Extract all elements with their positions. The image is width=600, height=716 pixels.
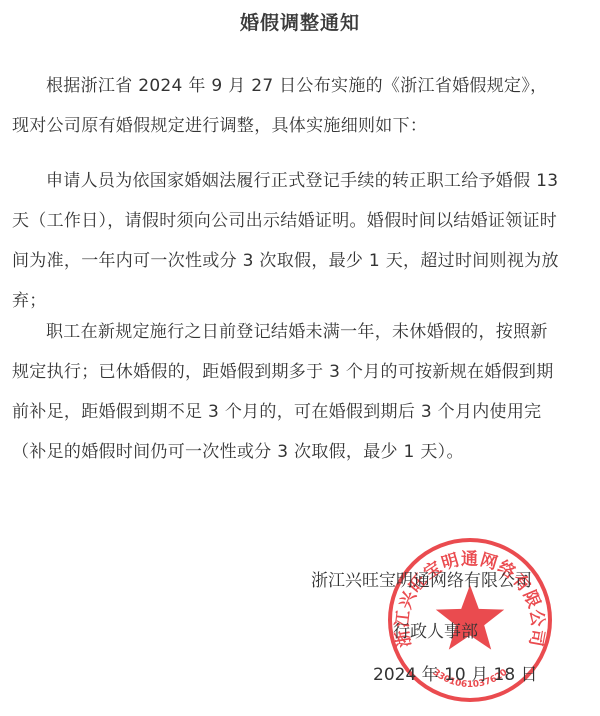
signature-date: 2024 年 10 月 18 日 <box>373 660 538 685</box>
paragraph-intro: 根据浙江省 2024 年 9 月 27 日公布实施的《浙江省婚假规定》，现对公司… <box>12 66 562 146</box>
signature-department: 行政人事部 <box>393 617 478 642</box>
paragraph-rule-2: 职工在新规定施行之日前登记结婚未满一年，未休婚假的，按照新规定执行；已休婚假的，… <box>12 312 562 472</box>
paragraph-rule-1: 申请人员为依国家婚姻法履行正式登记手续的转正职工给予婚假 13 天（工作日），请… <box>12 161 562 321</box>
signature-company: 浙江兴旺宝明通网络有限公司 <box>311 566 532 591</box>
document-title: 婚假调整通知 <box>0 8 600 35</box>
